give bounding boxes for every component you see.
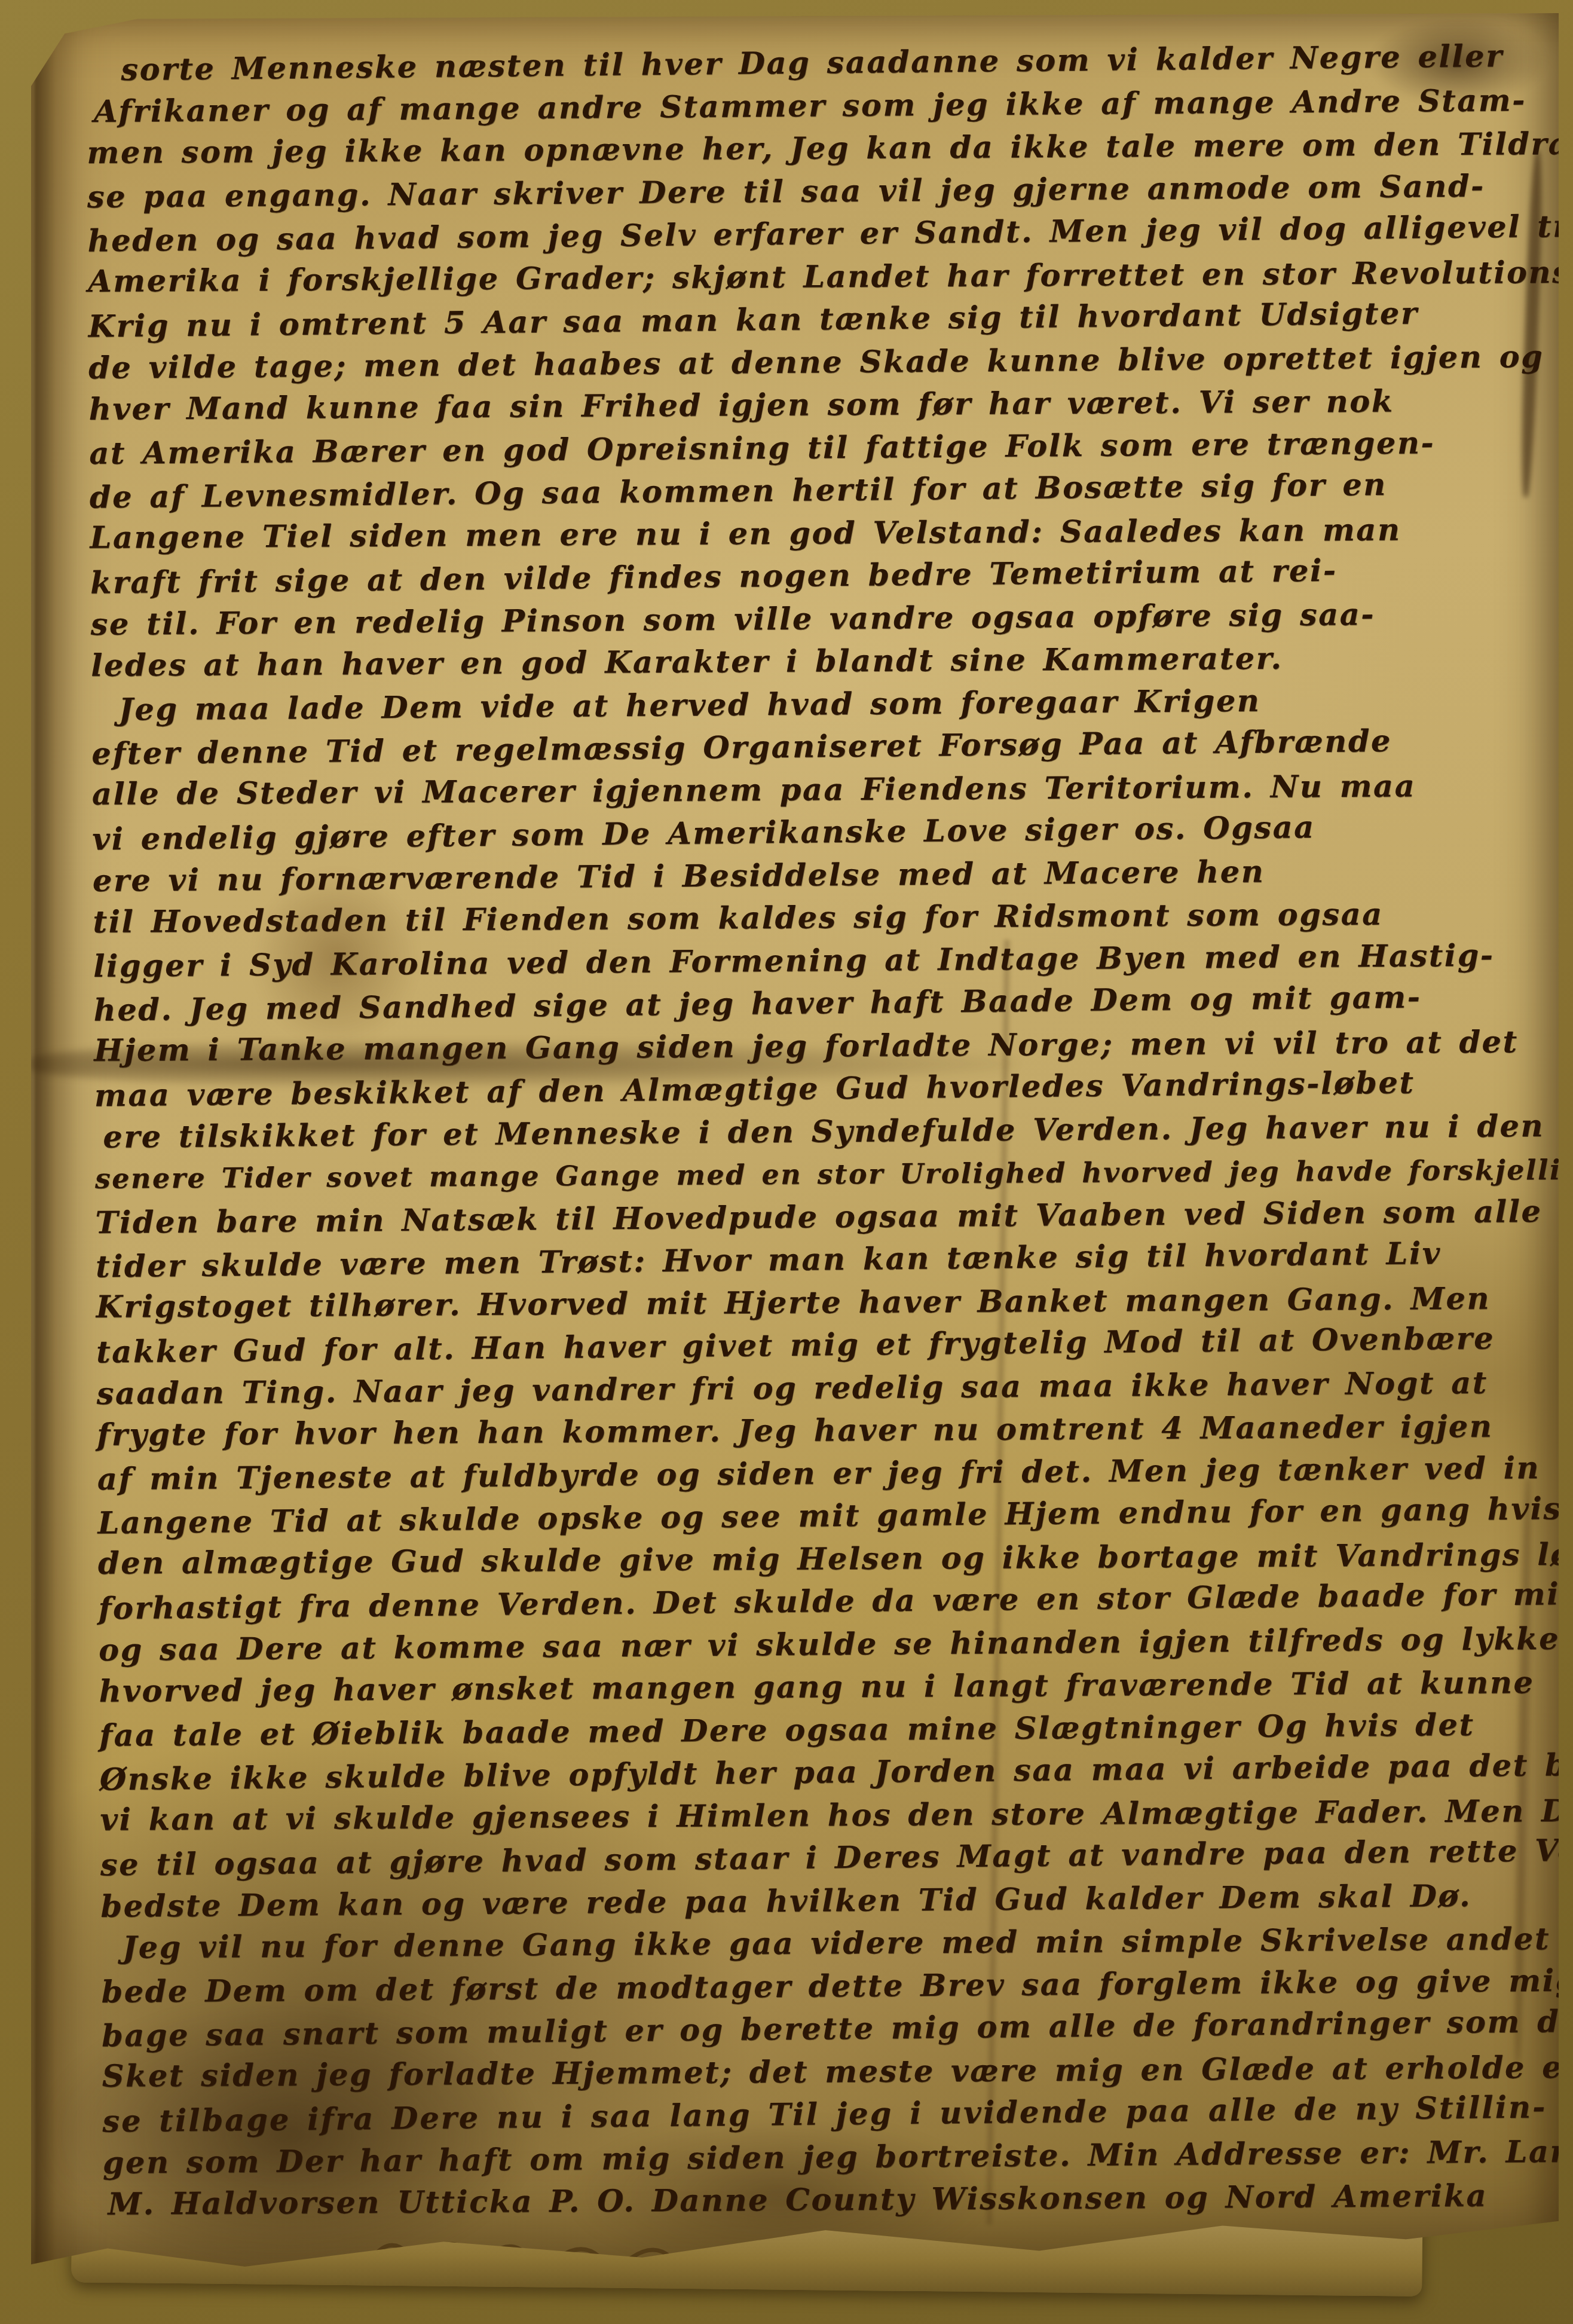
letter-line: hver Mand kunne faa sin Frihed igjen som…: [89, 380, 1528, 431]
letter-line: ledes at han haver en god Karakter i bla…: [91, 636, 1530, 687]
letter-page: sorte Menneske næsten til hver Dag saada…: [31, 13, 1559, 2292]
letter-line: til Hovedstaden til Fienden som kaldes s…: [93, 892, 1532, 944]
letter-line: M. Haldvorsen Utticka P. O. Danne County…: [108, 2175, 1542, 2226]
letter-line: frygte for hvor hen han kommer. Jeg have…: [97, 1405, 1536, 1457]
letter-line: men som jeg ikke kan opnævne her, Jeg ka…: [87, 123, 1526, 175]
left-edge-crease: [35, 13, 76, 2292]
scanned-letter-photo: { "letter": { "kind": "handwritten lette…: [0, 0, 1573, 2324]
letter-line: hvorved jeg haver ønsket mangen gang nu …: [99, 1662, 1538, 1713]
letter-body: sorte Menneske næsten til hver Dag saada…: [86, 36, 1543, 2227]
letter-line: senere Tider sovet mange Gange med en st…: [95, 1149, 1534, 1200]
letter-line: Jeg vil nu for denne Gang ikke gaa vider…: [123, 1918, 1540, 1970]
